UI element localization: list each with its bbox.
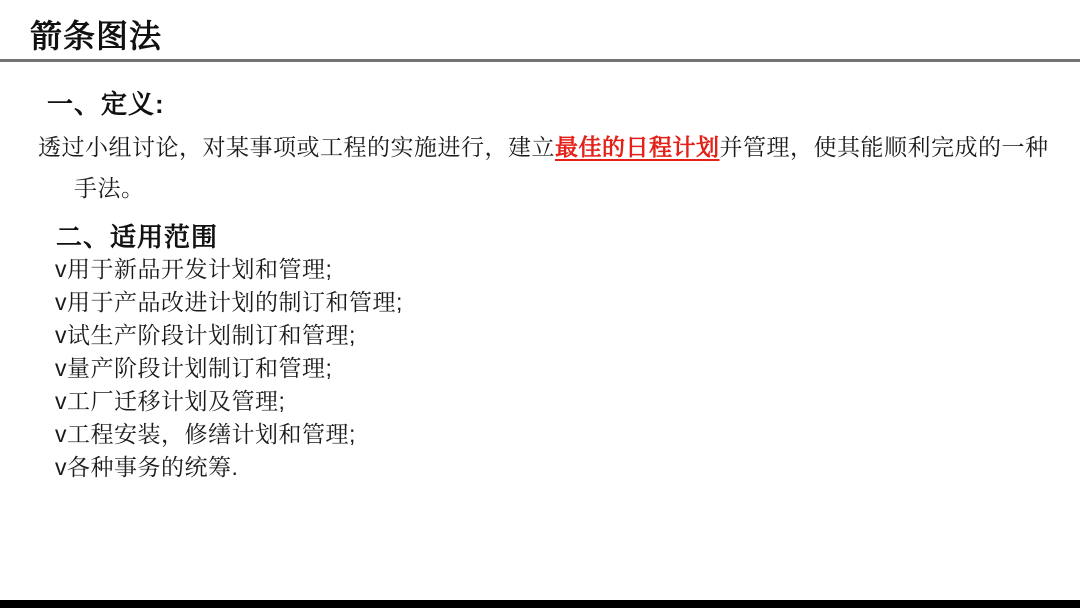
page-title: 箭条图法 xyxy=(30,16,162,56)
scope-list-item: v用于产品改进计划的制订和管理; xyxy=(55,286,403,319)
scope-list-item: v工程安装，修缮计划和管理; xyxy=(55,418,403,451)
bottom-bar xyxy=(0,600,1080,608)
scope-list-item: v量产阶段计划制订和管理; xyxy=(55,352,403,385)
scope-list-item: v试生产阶段计划制订和管理; xyxy=(55,319,403,352)
scope-list-item: v用于新品开发计划和管理; xyxy=(55,253,403,286)
definition-text-before: 透过小组讨论，对某事项或工程的实施进行，建立 xyxy=(38,134,555,160)
definition-text-line1: 透过小组讨论，对某事项或工程的实施进行，建立最佳的日程计划并管理，使其能顺利完成… xyxy=(38,129,1049,162)
scope-list-item: v各种事务的统筹. xyxy=(55,451,403,484)
definition-highlight: 最佳的日程计划 xyxy=(555,134,720,160)
scope-section-heading: 二、适用范围 xyxy=(56,217,218,254)
definition-section-heading: 一、定义: xyxy=(47,84,165,121)
definition-text-line2: 手法。 xyxy=(74,170,145,203)
scope-list: v用于新品开发计划和管理; v用于产品改进计划的制订和管理; v试生产阶段计划制… xyxy=(55,253,403,484)
scope-list-item: v工厂迁移计划及管理; xyxy=(55,385,403,418)
definition-text-after: 并管理，使其能顺利完成的一种 xyxy=(720,134,1049,160)
title-divider-rule xyxy=(0,59,1080,62)
slide: 箭条图法 一、定义: 透过小组讨论，对某事项或工程的实施进行，建立最佳的日程计划… xyxy=(0,0,1080,608)
